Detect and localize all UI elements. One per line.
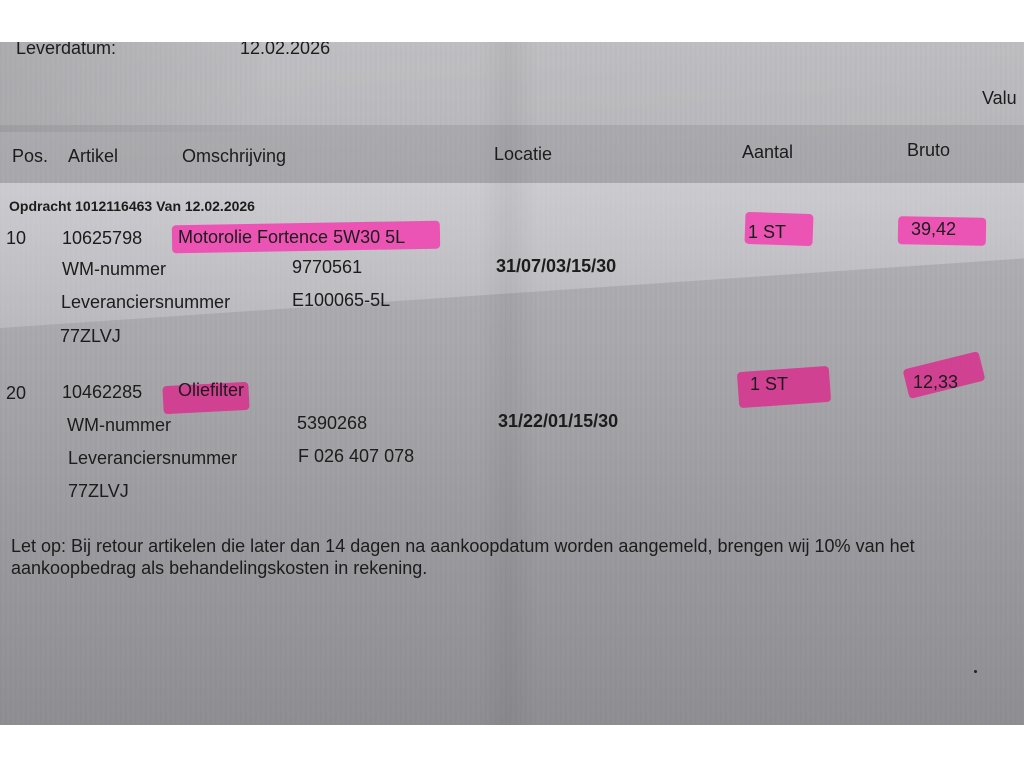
document-photo: Leverdatum: 12.02.2026 Valu Pos. Artikel… [0,42,1024,725]
column-header-quantity: Aantal [742,142,793,163]
column-header-pos: Pos. [12,146,48,167]
item-supplier-label: Leveranciersnummer [61,292,230,313]
column-header-article: Artikel [68,146,118,167]
item-quantity: 1 ST [750,374,788,395]
item-location: 31/07/03/15/30 [496,256,616,277]
item-article: 10462285 [62,382,142,403]
delivery-date-value: 12.02.2026 [240,42,330,59]
return-note-line-2: aankoopbedrag als behandelingskosten in … [11,558,427,579]
item-code: 77ZLVJ [68,481,129,502]
item-wm-number: 9770561 [292,257,362,278]
item-wm-label: WM-nummer [62,259,166,280]
paper-speck [974,670,977,673]
order-line: Opdracht 1012116463 Van 12.02.2026 [9,198,255,214]
item-gross: 12,33 [913,372,958,393]
item-supplier-number: E100065-5L [292,290,390,311]
item-gross: 39,42 [911,219,956,240]
item-description: Motorolie Fortence 5W30 5L [178,227,405,248]
item-article: 10625798 [62,228,142,249]
column-header-gross: Bruto [907,140,950,161]
item-supplier-label: Leveranciersnummer [68,448,237,469]
delivery-date-label: Leverdatum: [16,42,116,59]
item-wm-number: 5390268 [297,413,367,434]
item-code: 77ZLVJ [60,326,121,347]
column-header-location: Locatie [494,144,552,165]
item-supplier-number: F 026 407 078 [298,446,414,467]
return-note-line-1: Let op: Bij retour artikelen die later d… [11,536,915,557]
currency-header: Valu [982,88,1017,109]
item-quantity: 1 ST [748,222,786,243]
item-location: 31/22/01/15/30 [498,411,618,432]
item-pos: 20 [6,383,26,404]
column-header-description: Omschrijving [182,146,286,167]
item-pos: 10 [6,228,26,249]
item-wm-label: WM-nummer [67,415,171,436]
item-description: Oliefilter [178,380,244,401]
